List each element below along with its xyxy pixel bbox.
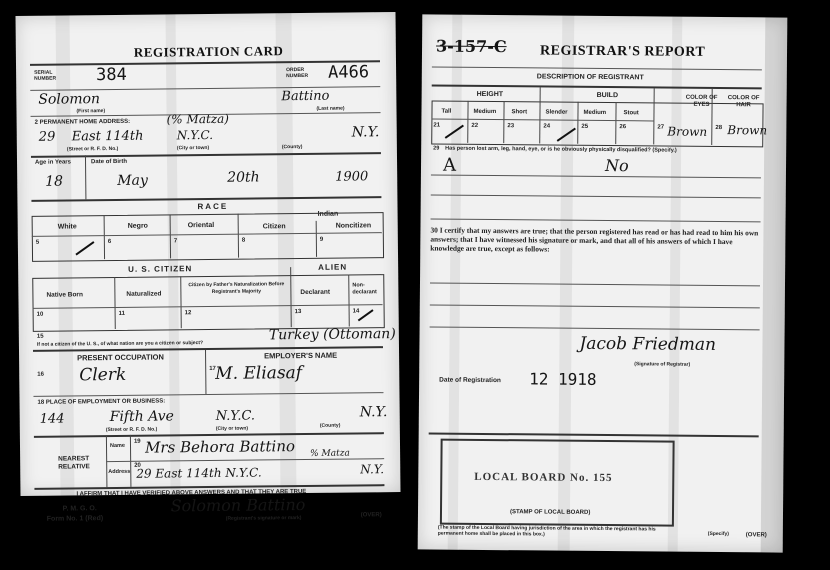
field-number: 12 (185, 310, 192, 316)
date-label: Date of Registration (439, 377, 501, 385)
relative-address: 29 East 114th N.Y.C. (136, 465, 262, 480)
cit-col-father: Citizen by Father's Naturalization Befor… (184, 281, 288, 296)
first-name: Solomon (38, 91, 100, 108)
race-col-noncitizen: Noncitizen (336, 222, 371, 229)
hair-color-value: Brown (727, 123, 767, 137)
field-number: 28 (715, 125, 722, 131)
field-number: 22 (471, 123, 478, 129)
over-label: (OVER) (361, 512, 382, 518)
eye-color-value: Brown (667, 125, 707, 139)
field-number: 21 (433, 123, 440, 129)
serial-label: SERIAL NUMBER (34, 70, 56, 82)
field-number: 24 (543, 123, 550, 129)
employment-place-label: 18 PLACE OF EMPLOYMENT OR BUSINESS: (38, 398, 166, 405)
employment-number: 144 (40, 412, 65, 427)
report-subtitle: DESCRIPTION OF REGISTRANT (537, 73, 644, 81)
nationality-value: Turkey (Ottoman) (269, 326, 396, 343)
card-title: REGISTRATION CARD (134, 43, 284, 61)
specify-label: (Specify) (708, 531, 729, 537)
race-heading: RACE (197, 202, 228, 211)
dob-month: May (117, 173, 148, 189)
address-street: East 114th (72, 129, 144, 145)
order-number: A466 (328, 62, 369, 82)
date-value: 12 1918 (529, 369, 597, 389)
street-label: (Street or R. F. D. No.) (106, 427, 157, 434)
over-label: (OVER) (746, 532, 767, 538)
employment-city: N.Y.C. (216, 409, 255, 424)
dob-year: 1900 (335, 169, 368, 184)
height-col-short: Short (511, 109, 527, 115)
employment-street: Fifth Ave (110, 408, 174, 425)
field-number: 29 (433, 146, 439, 152)
last-name-label: (Last name) (316, 106, 344, 112)
city-label: (City or town) (216, 426, 248, 432)
build-col-stout: Stout (623, 110, 638, 116)
build-col-slender: Slender (545, 109, 567, 115)
city-label: (City or town) (177, 145, 209, 151)
cit-col-naturalized: Naturalized (126, 290, 161, 297)
employment-state: N.Y. (360, 404, 388, 420)
registration-card: REGISTRATION CARD SERIAL NUMBER 384 ORDE… (15, 12, 400, 496)
relative-name-label: Name (110, 443, 125, 449)
address-city: N.Y.C. (177, 128, 213, 142)
signature-label: (Registrant's signature or mark) (226, 515, 302, 522)
dob-label: Date of Birth (91, 159, 127, 165)
address-number: 29 (39, 130, 56, 145)
field-number: 26 (619, 124, 626, 130)
report-title: REGISTRAR'S REPORT (540, 43, 705, 60)
alien-heading: ALIEN (318, 263, 347, 272)
q29-value-a: A (443, 155, 456, 176)
street-label: (Street or R. F. D. No.) (67, 146, 118, 153)
employer-heading: EMPLOYER'S NAME (264, 351, 337, 361)
field-number: 14 (353, 308, 360, 314)
relative-name-note: % Matza (310, 449, 350, 459)
q29-value-b: No (605, 156, 629, 175)
build-heading: BUILD (597, 92, 618, 99)
field-number: 19 (134, 439, 141, 445)
form-no: Form No. 1 (Red) (47, 515, 103, 523)
race-col-oriental: Oriental (188, 222, 215, 229)
field-number: 6 (108, 239, 111, 245)
occupation-value: Clerk (79, 365, 126, 385)
registrar-signature-label: (Signature of Registrar) (634, 361, 690, 367)
registrar-signature: Jacob Friedman (579, 334, 716, 355)
height-heading: HEIGHT (477, 91, 504, 98)
first-name-label: (First name) (76, 108, 105, 114)
age-label: Age in Years (35, 159, 71, 165)
us-citizen-heading: U. S. CITIZEN (128, 264, 192, 274)
q30-text: 30 I certify that my answers are true; t… (430, 225, 760, 255)
dob-day: 20th (227, 169, 260, 185)
field-number: 5 (36, 240, 39, 246)
registrant-signature: Solomon Battino (171, 495, 306, 515)
stamp-text: LOCAL BOARD No. 155 (474, 471, 612, 484)
registrars-report: 3-157-C REGISTRAR'S REPORT DESCRIPTION O… (418, 14, 788, 552)
cit-col-nondeclarant: Non-declarant (352, 282, 382, 296)
field-number: 13 (295, 309, 302, 315)
race-col-citizen: Citizen (263, 223, 286, 230)
address-state: N.Y. (352, 124, 380, 140)
relative-state: N.Y. (360, 462, 384, 476)
county-label: (County) (320, 423, 341, 429)
order-label: ORDER NUMBER (286, 67, 316, 79)
stamp-label: (STAMP OF LOCAL BOARD) (510, 509, 590, 516)
field-number: 10 (37, 312, 44, 318)
field-number: 27 (657, 124, 664, 130)
field-number: 15 (37, 334, 44, 340)
q29-label: Has person lost arm, leg, hand, eye, or … (445, 146, 677, 154)
nearest-relative-label: NEAREST RELATIVE (58, 455, 98, 471)
field-number: 16 (37, 372, 44, 378)
cit-col-declarant: Declarant (300, 289, 330, 296)
height-col-medium: Medium (473, 109, 496, 115)
last-name: Battino (281, 89, 329, 105)
occupation-heading: PRESENT OCCUPATION (77, 352, 164, 362)
race-col-white: White (58, 223, 77, 230)
stamp-note: (The stamp of the Local Board having jur… (438, 525, 678, 539)
address-label: 2 PERMANENT HOME ADDRESS: (35, 119, 131, 126)
serial-number: 384 (96, 65, 127, 85)
field-number: 11 (119, 311, 125, 317)
race-col-negro: Negro (128, 223, 148, 230)
form-id: P. M. G. O. (63, 505, 97, 512)
age-value: 18 (45, 174, 63, 190)
field-number: 8 (242, 238, 245, 244)
field-number: 25 (581, 124, 588, 130)
address-note: (% Matza) (167, 112, 229, 127)
field-number: 9 (320, 237, 323, 243)
build-col-medium: Medium (583, 110, 606, 116)
field-number: 23 (507, 123, 514, 129)
employer-value: M. Eliasaf (215, 363, 302, 384)
relative-address-label: Address (108, 469, 130, 475)
height-col-tall: Tall (441, 109, 451, 115)
field-number: 7 (174, 238, 177, 244)
relative-name: Mrs Behora Battino (145, 437, 295, 457)
county-label: (County) (282, 144, 303, 150)
handwritten-number: 3-157-C (436, 37, 507, 57)
cit-col-native: Native Born (46, 291, 83, 298)
